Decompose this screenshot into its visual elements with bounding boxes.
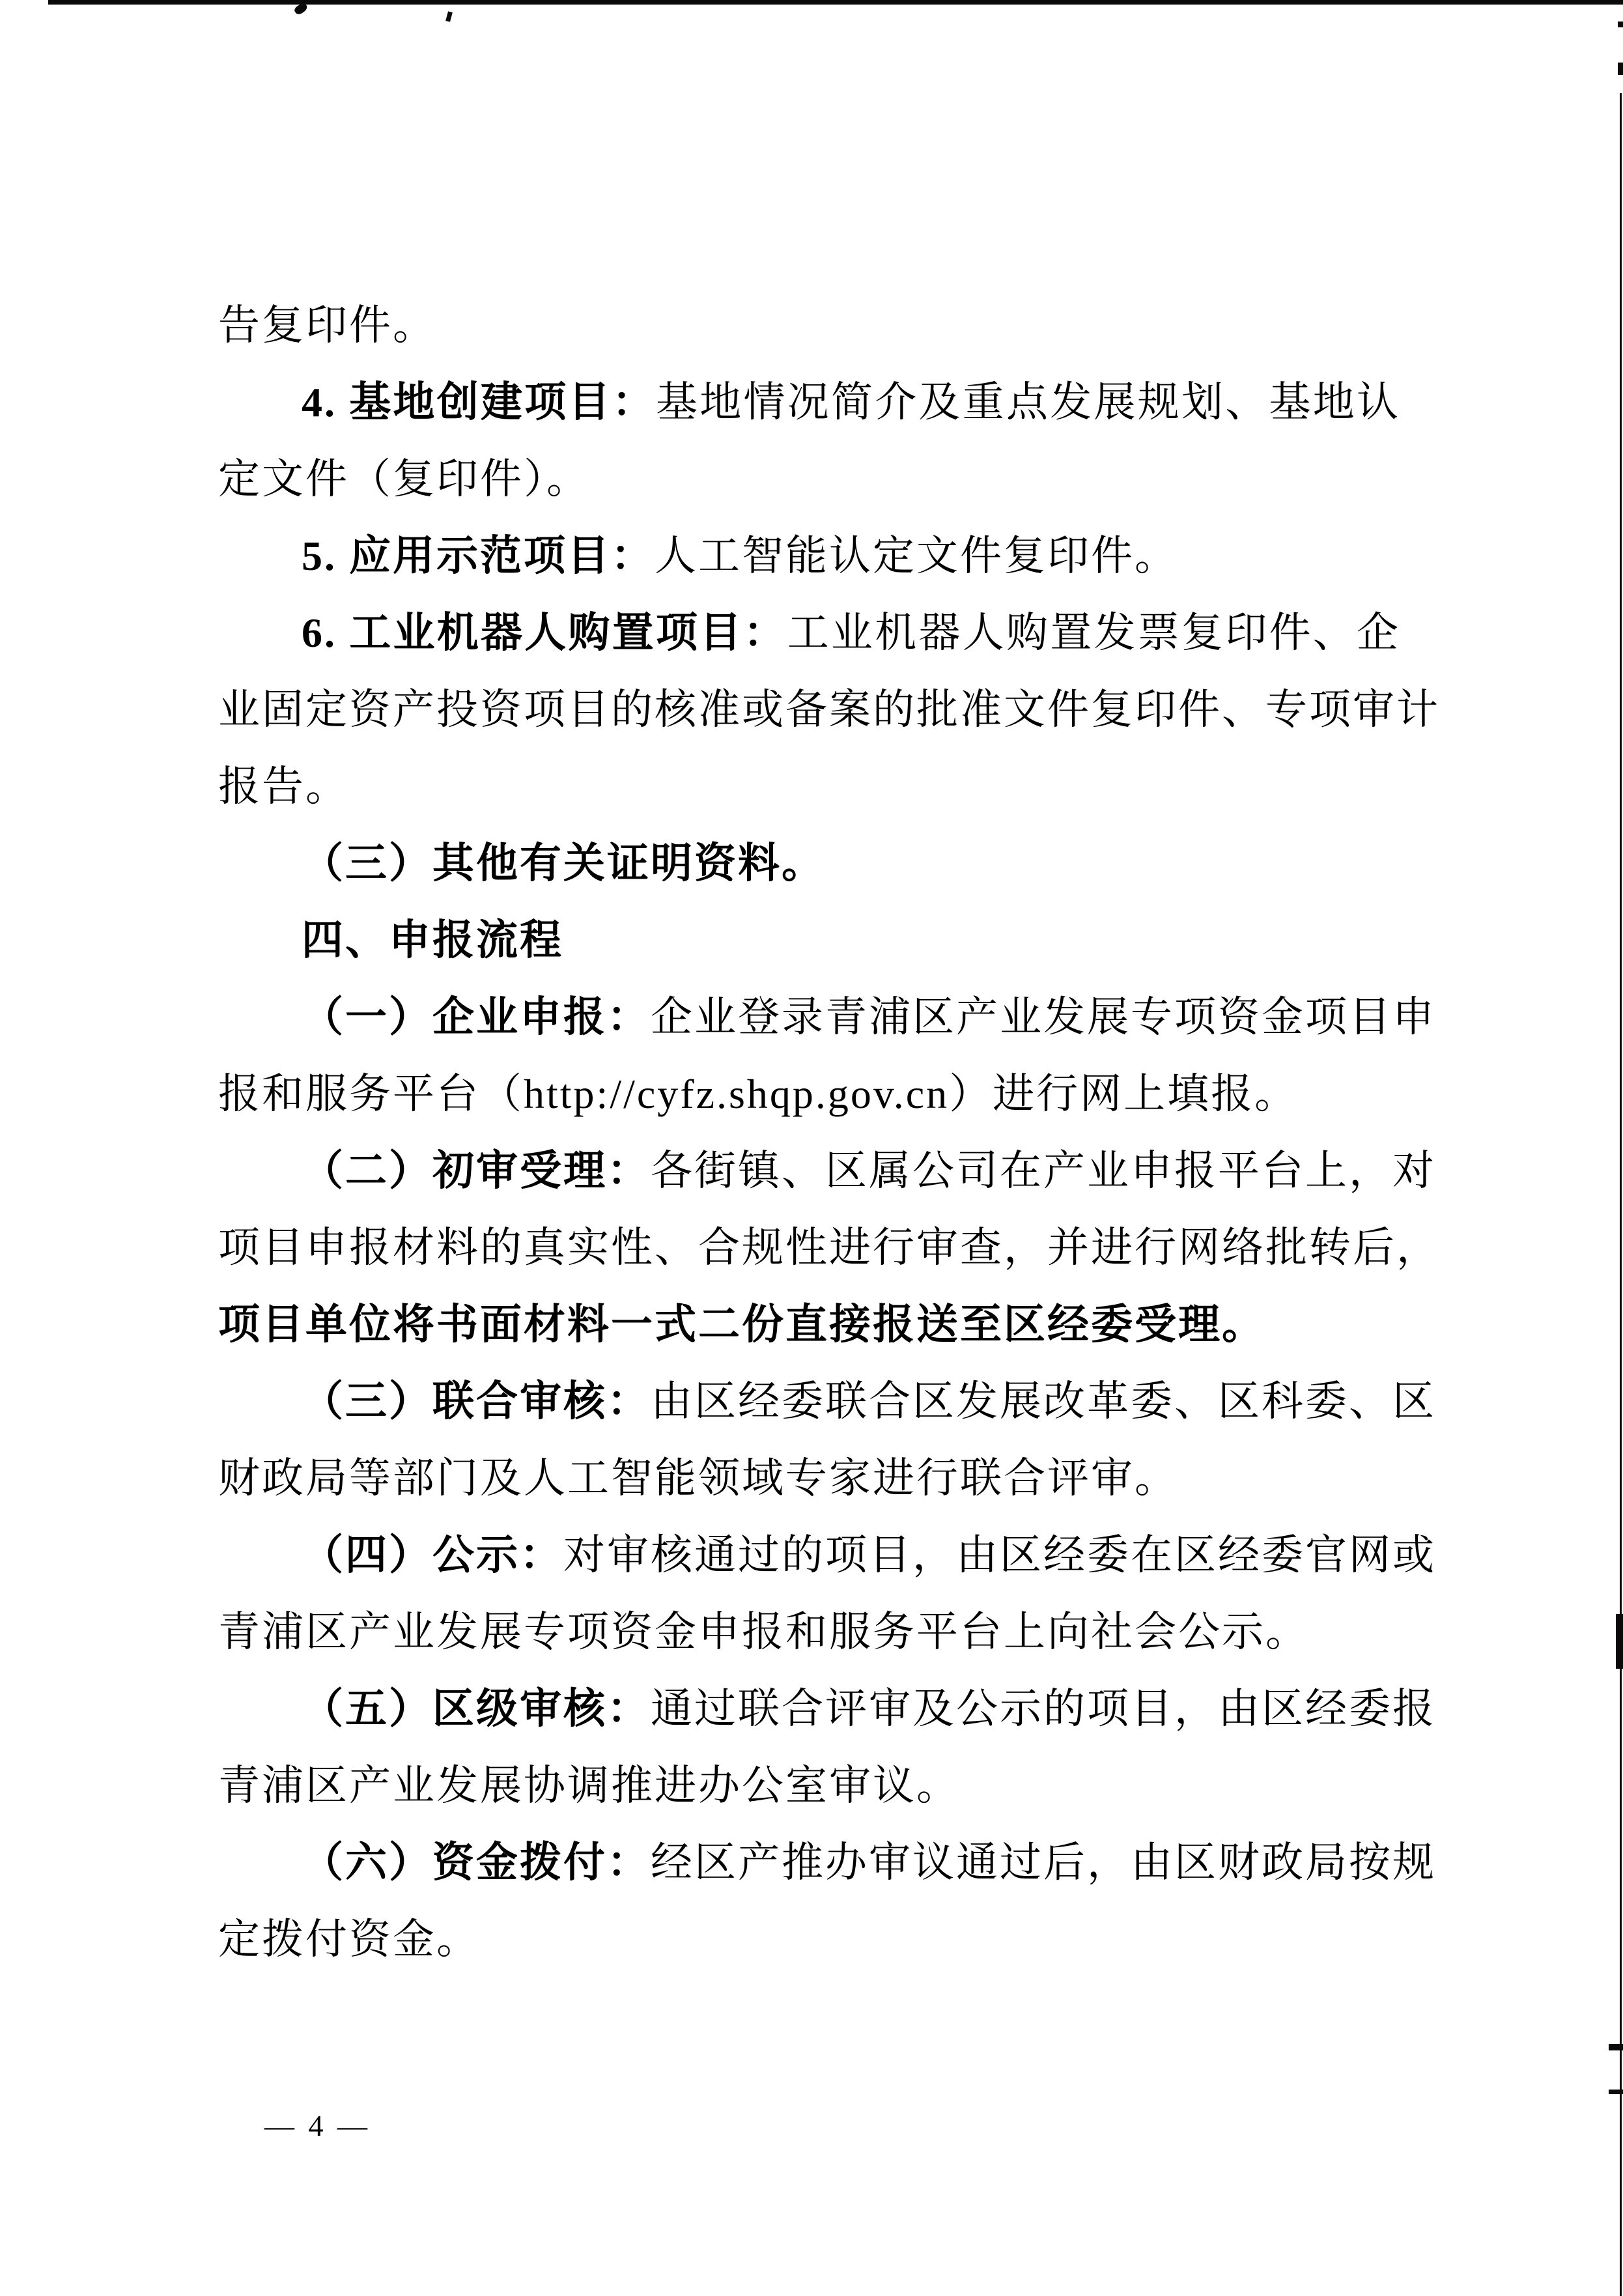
scan-artifact-top-edge xyxy=(48,0,1623,5)
text-line: 5. 应用示范项目：人工智能认定文件复印件。 xyxy=(218,518,1400,595)
line-text: 项目申报材料的真实性、合规性进行审查，并进行网络批转后， xyxy=(218,1225,1440,1271)
line-bold-text: （三）联合审核： xyxy=(302,1378,651,1424)
line-text: 对审核通过的项目，由区经委在区经委官网或 xyxy=(563,1532,1436,1578)
text-line: （四）公示：对审核通过的项目，由区经委在区经委官网或 xyxy=(218,1517,1400,1594)
text-line: （三）其他有关证明资料。 xyxy=(218,825,1400,902)
text-line: 项目单位将书面材料一式二份直接报送至区经委受理。 xyxy=(218,1286,1400,1363)
line-text: 报告。 xyxy=(218,763,349,810)
text-line: 6. 工业机器人购置项目：工业机器人购置发票复印件、企 xyxy=(218,595,1400,672)
text-line: （二）初审受理：各街镇、区属公司在产业申报平台上，对 xyxy=(218,1133,1400,1210)
scan-artifact-right-edge xyxy=(1620,93,1622,2296)
line-text: 定文件（复印件）。 xyxy=(218,456,590,502)
text-line: 报和服务平台（http://cyfz.shqp.gov.cn）进行网上填报。 xyxy=(218,1056,1400,1133)
scan-artifact-tick xyxy=(1609,2044,1623,2050)
line-text: 通过联合评审及公示的项目，由区经委报 xyxy=(651,1686,1436,1732)
scan-artifact-speck xyxy=(445,11,453,21)
text-line: （五）区级审核：通过联合评审及公示的项目，由区经委报 xyxy=(218,1671,1400,1748)
text-line: （一）企业申报：企业登录青浦区产业发展专项资金项目申 xyxy=(218,979,1400,1056)
scan-artifact-tick xyxy=(1609,2090,1623,2094)
line-bold-text: 5. 应用示范项目： xyxy=(302,533,655,579)
line-text: 基地情况简介及重点发展规划、基地认 xyxy=(656,379,1400,425)
scan-artifact-tick xyxy=(1618,21,1623,27)
line-text: 由区经委联合区发展改革委、区科委、区 xyxy=(651,1378,1436,1424)
page-number: — 4 — xyxy=(264,2106,371,2146)
line-bold-text: 6. 工业机器人购置项目： xyxy=(302,610,787,656)
line-bold-text: （二）初审受理： xyxy=(302,1148,651,1194)
line-text: 企业登录青浦区产业发展专项资金项目申 xyxy=(651,994,1436,1040)
line-text: 报和服务平台（http://cyfz.shqp.gov.cn）进行网上填报。 xyxy=(218,1071,1298,1117)
text-line: 青浦区产业发展协调推进办公室审议。 xyxy=(218,1748,1400,1824)
line-text: 工业机器人购置发票复印件、企 xyxy=(787,610,1400,656)
line-bold-text: （一）企业申报： xyxy=(302,994,651,1040)
document-page: 告复印件。 4. 基地创建项目：基地情况简介及重点发展规划、基地认 定文件（复印… xyxy=(0,0,1623,2296)
line-bold-text: 项目单位将书面材料一式二份直接报送至区经委受理。 xyxy=(218,1301,1265,1348)
line-text: 业固定资产投资项目的核准或备案的批准文件复印件、专项审计 xyxy=(218,687,1440,733)
document-body: 告复印件。 4. 基地创建项目：基地情况简介及重点发展规划、基地认 定文件（复印… xyxy=(218,287,1400,1978)
text-line: 青浦区产业发展专项资金申报和服务平台上向社会公示。 xyxy=(218,1594,1400,1671)
text-line: 财政局等部门及人工智能领域专家进行联合评审。 xyxy=(218,1440,1400,1517)
text-line: （三）联合审核：由区经委联合区发展改革委、区科委、区 xyxy=(218,1363,1400,1440)
text-line: 定拨付资金。 xyxy=(218,1901,1400,1978)
line-text: 青浦区产业发展专项资金申报和服务平台上向社会公示。 xyxy=(218,1609,1309,1655)
text-line: 业固定资产投资项目的核准或备案的批准文件复印件、专项审计 xyxy=(218,672,1400,748)
scan-artifact-blob xyxy=(1616,1614,1623,1669)
line-text: 人工智能认定文件复印件。 xyxy=(655,533,1178,579)
line-bold-text: （四）公示： xyxy=(302,1532,563,1578)
line-text: 告复印件。 xyxy=(218,302,436,348)
line-text: 经区产推办审议通过后，由区财政局按规 xyxy=(651,1839,1436,1886)
text-line: 报告。 xyxy=(218,748,1400,825)
text-line: （六）资金拨付：经区产推办审议通过后，由区财政局按规 xyxy=(218,1824,1400,1901)
text-line: 四、申报流程 xyxy=(218,902,1400,979)
line-text: 青浦区产业发展协调推进办公室审议。 xyxy=(218,1763,960,1809)
text-line: 告复印件。 xyxy=(218,287,1400,364)
line-text: 各街镇、区属公司在产业申报平台上，对 xyxy=(651,1148,1436,1194)
line-bold-text: 4. 基地创建项目： xyxy=(302,379,656,425)
scan-artifact-tick xyxy=(1618,63,1623,75)
line-text: 定拨付资金。 xyxy=(218,1916,480,1963)
line-bold-text: （三）其他有关证明资料。 xyxy=(302,840,825,886)
line-bold-text: （五）区级审核： xyxy=(302,1686,651,1732)
line-text: 财政局等部门及人工智能领域专家进行联合评审。 xyxy=(218,1455,1178,1501)
text-line: 项目申报材料的真实性、合规性进行审查，并进行网络批转后， xyxy=(218,1210,1400,1286)
text-line: 4. 基地创建项目：基地情况简介及重点发展规划、基地认 xyxy=(218,364,1400,441)
line-bold-text: 四、申报流程 xyxy=(302,917,563,963)
line-bold-text: （六）资金拨付： xyxy=(302,1839,651,1886)
text-line: 定文件（复印件）。 xyxy=(218,441,1400,518)
